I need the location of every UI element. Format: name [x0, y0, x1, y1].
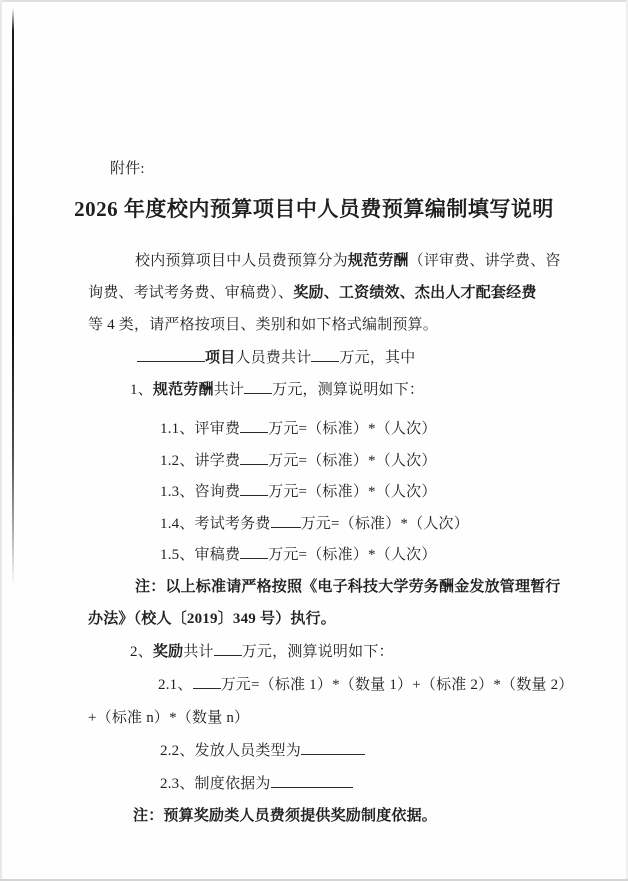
item-1-5-pre: 1.5、审稿费 [160, 547, 240, 563]
summary-bold: 项目 [205, 350, 235, 366]
section2-num: 2、 [130, 644, 153, 660]
intro-line-1-post: （评审费、讲学费、咨 [409, 253, 561, 269]
policy-basis-blank [271, 774, 353, 788]
intro-line-1: 校内预算项目中人员费预算分为规范劳酬（评审费、讲学费、咨 [135, 249, 561, 270]
list-item-2-1-continued: +（标准 n）*（数量 n） [88, 706, 249, 727]
document-title: 2026 年度校内预算项目中人员费预算编制填写说明 [0, 193, 628, 223]
summary-tail: 万元，其中 [339, 350, 415, 366]
item-1-4-post: 万元=（标准）*（人次） [301, 516, 469, 532]
section2-heading: 2、奖励共计万元，测算说明如下： [130, 640, 394, 661]
section2-amount-blank [214, 642, 242, 656]
project-name-blank [137, 348, 205, 362]
item-1-1-blank [240, 419, 268, 433]
intro-line-2: 询费、考试考务费、审稿费）、奖励、工资绩效、杰出人才配套经费 [88, 281, 537, 302]
item-1-3-pre: 1.3、咨询费 [160, 484, 240, 500]
scanned-document-page: 附件: 2026 年度校内预算项目中人员费预算编制填写说明 校内预算项目中人员费… [0, 0, 628, 881]
intro-line-1-text: 校内预算项目中人员费预算分为 [135, 253, 348, 269]
section1-tail: 万元，测算说明如下： [272, 382, 424, 398]
section1-num: 1、 [130, 382, 153, 398]
item-1-4-blank [271, 514, 301, 528]
list-item-2-2: 2.2、发放人员类型为 [160, 739, 365, 760]
list-item-1-4: 1.4、考试考务费万元=（标准）*（人次） [160, 512, 469, 533]
section1-heading: 1、规范劳酬共计万元，测算说明如下： [130, 378, 424, 399]
intro-line-1-bold: 规范劳酬 [348, 253, 409, 269]
section2-tail: 万元，测算说明如下： [242, 644, 394, 660]
section1-amount-blank [244, 380, 272, 394]
section2-note: 注：预算奖励类人员费须提供奖励制度依据。 [133, 804, 437, 825]
intro-line-2-text: 询费、考试考务费、审稿费）、 [88, 285, 293, 301]
item-2-2-pre: 2.2、发放人员类型为 [160, 743, 301, 759]
section1-note-line-2: 办法》（校人〔2019〕349 号）执行。 [88, 607, 336, 628]
item-2-1-blank [193, 675, 221, 689]
item-2-3-pre: 2.3、制度依据为 [160, 776, 271, 792]
list-item-2-3: 2.3、制度依据为 [160, 772, 353, 793]
summary-line: 项目人员费共计万元，其中 [137, 346, 415, 367]
total-amount-blank [311, 348, 339, 362]
item-1-1-post: 万元=（标准）*（人次） [268, 421, 436, 437]
section1-mid: 共计 [214, 382, 244, 398]
item-1-2-blank [240, 451, 268, 465]
item-1-5-blank [240, 545, 268, 559]
page-frame-left [0, 0, 2, 881]
item-1-5-post: 万元=（标准）*（人次） [268, 547, 436, 563]
intro-line-3: 等 4 类，请严格按项目、类别和如下格式编制预算。 [88, 313, 438, 334]
item-1-2-post: 万元=（标准）*（人次） [268, 453, 436, 469]
section2-bold: 奖励 [153, 644, 183, 660]
attachment-label: 附件: [110, 157, 145, 178]
list-item-1-5: 1.5、审稿费万元=（标准）*（人次） [160, 543, 437, 564]
list-item-1-1: 1.1、评审费万元=（标准）*（人次） [160, 417, 437, 438]
item-1-2-pre: 1.2、讲学费 [160, 453, 240, 469]
item-2-1-pre: 2.1、 [158, 677, 193, 693]
item-1-4-pre: 1.4、考试考务费 [160, 516, 271, 532]
personnel-type-blank [301, 741, 365, 755]
intro-line-2-bold: 奖励、工资绩效、杰出人才配套经费 [293, 285, 536, 301]
page-frame-top [0, 0, 628, 2]
item-2-1-post: 万元=（标准 1）*（数量 1）+（标准 2）*（数量 2） [221, 677, 574, 693]
section1-note-line-1: 注：以上标准请严格按照《电子科技大学劳务酬金发放管理暂行 [135, 575, 561, 596]
list-item-2-1: 2.1、万元=（标准 1）*（数量 1）+（标准 2）*（数量 2） [158, 673, 573, 694]
list-item-1-3: 1.3、咨询费万元=（标准）*（人次） [160, 480, 437, 501]
item-1-3-post: 万元=（标准）*（人次） [268, 484, 436, 500]
item-1-3-blank [240, 482, 268, 496]
list-item-1-2: 1.2、讲学费万元=（标准）*（人次） [160, 449, 437, 470]
summary-mid: 人员费共计 [235, 350, 311, 366]
scan-artifact-line [12, 8, 14, 586]
section2-mid: 共计 [183, 644, 213, 660]
item-1-1-pre: 1.1、评审费 [160, 421, 240, 437]
section1-bold: 规范劳酬 [153, 382, 214, 398]
